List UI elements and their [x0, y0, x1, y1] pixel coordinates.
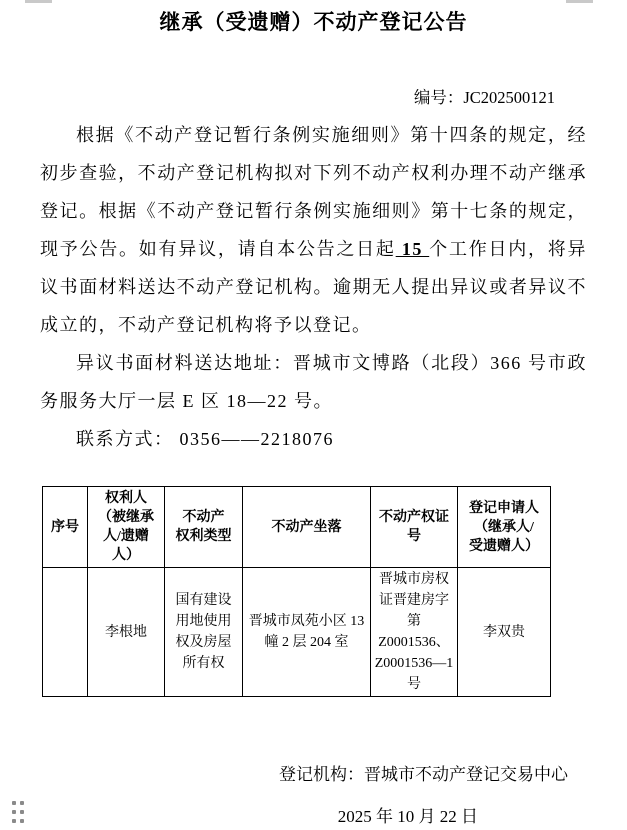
header-location: 不动产坐落 [243, 487, 371, 568]
cell-rights-holder: 李根地 [88, 568, 165, 697]
doc-number: 编号：JC202500121 [414, 84, 555, 108]
cell-right-type: 国有建设 用地使用 权及房屋 所有权 [165, 568, 243, 697]
header-applicant: 登记申请人 （继承人/ 受遗赠人） [458, 487, 551, 568]
cell-location: 晋城市凤苑小区 13 幢 2 层 204 室 [243, 568, 371, 697]
paragraph-legal-basis: 根据《不动产登记暂行条例实施细则》第十四条的规定，经初步查验，不动产登记机构拟对… [40, 116, 587, 344]
cell-applicant: 李双贵 [458, 568, 551, 697]
paragraph-contact: 联系方式： 0356——2218076 [40, 420, 587, 458]
table-row: 李根地 国有建设 用地使用 权及房屋 所有权 晋城市凤苑小区 13 幢 2 层 … [43, 568, 551, 697]
body-text: 根据《不动产登记暂行条例实施细则》第十四条的规定，经初步查验，不动产登记机构拟对… [40, 116, 587, 458]
registration-table: 序号 权利人 （被继承 人/遗赠 人） 不动产 权利类型 不动产坐落 不动产权证… [42, 486, 551, 697]
grip-dot [12, 819, 16, 823]
top-edge-artifact-right [566, 0, 593, 3]
grip-dot [20, 801, 24, 805]
grip-dot [12, 810, 16, 814]
grip-dot [20, 810, 24, 814]
cell-certificate-no: 晋城市房权 证晋建房字 第 Z0001536、 Z0001536—1 号 [371, 568, 458, 697]
announcement-date: 2025 年 10 月 22 日 [338, 802, 478, 827]
announcement-document: 继承（受遗赠）不动产登记公告 编号：JC202500121 根据《不动产登记暂行… [0, 0, 627, 830]
top-edge-artifact-left [25, 0, 52, 3]
header-rights-holder: 权利人 （被继承 人/遗赠 人） [88, 487, 165, 568]
header-right-type: 不动产 权利类型 [165, 487, 243, 568]
grip-dots-icon[interactable] [12, 801, 24, 823]
cell-seq [43, 568, 88, 697]
table-header-row: 序号 权利人 （被继承 人/遗赠 人） 不动产 权利类型 不动产坐落 不动产权证… [43, 487, 551, 568]
grip-dot [12, 801, 16, 805]
header-seq: 序号 [43, 487, 88, 568]
page-title: 继承（受遗赠）不动产登记公告 [0, 6, 627, 36]
registration-agency: 登记机构：晋城市不动产登记交易中心 [279, 760, 568, 785]
paragraph-delivery-address: 异议书面材料送达地址：晋城市文博路（北段）366 号市政务服务大厅一层 E 区 … [40, 344, 587, 420]
grip-dot [20, 819, 24, 823]
header-certificate-no: 不动产权证号 [371, 487, 458, 568]
objection-days-value: 15 [396, 239, 430, 259]
